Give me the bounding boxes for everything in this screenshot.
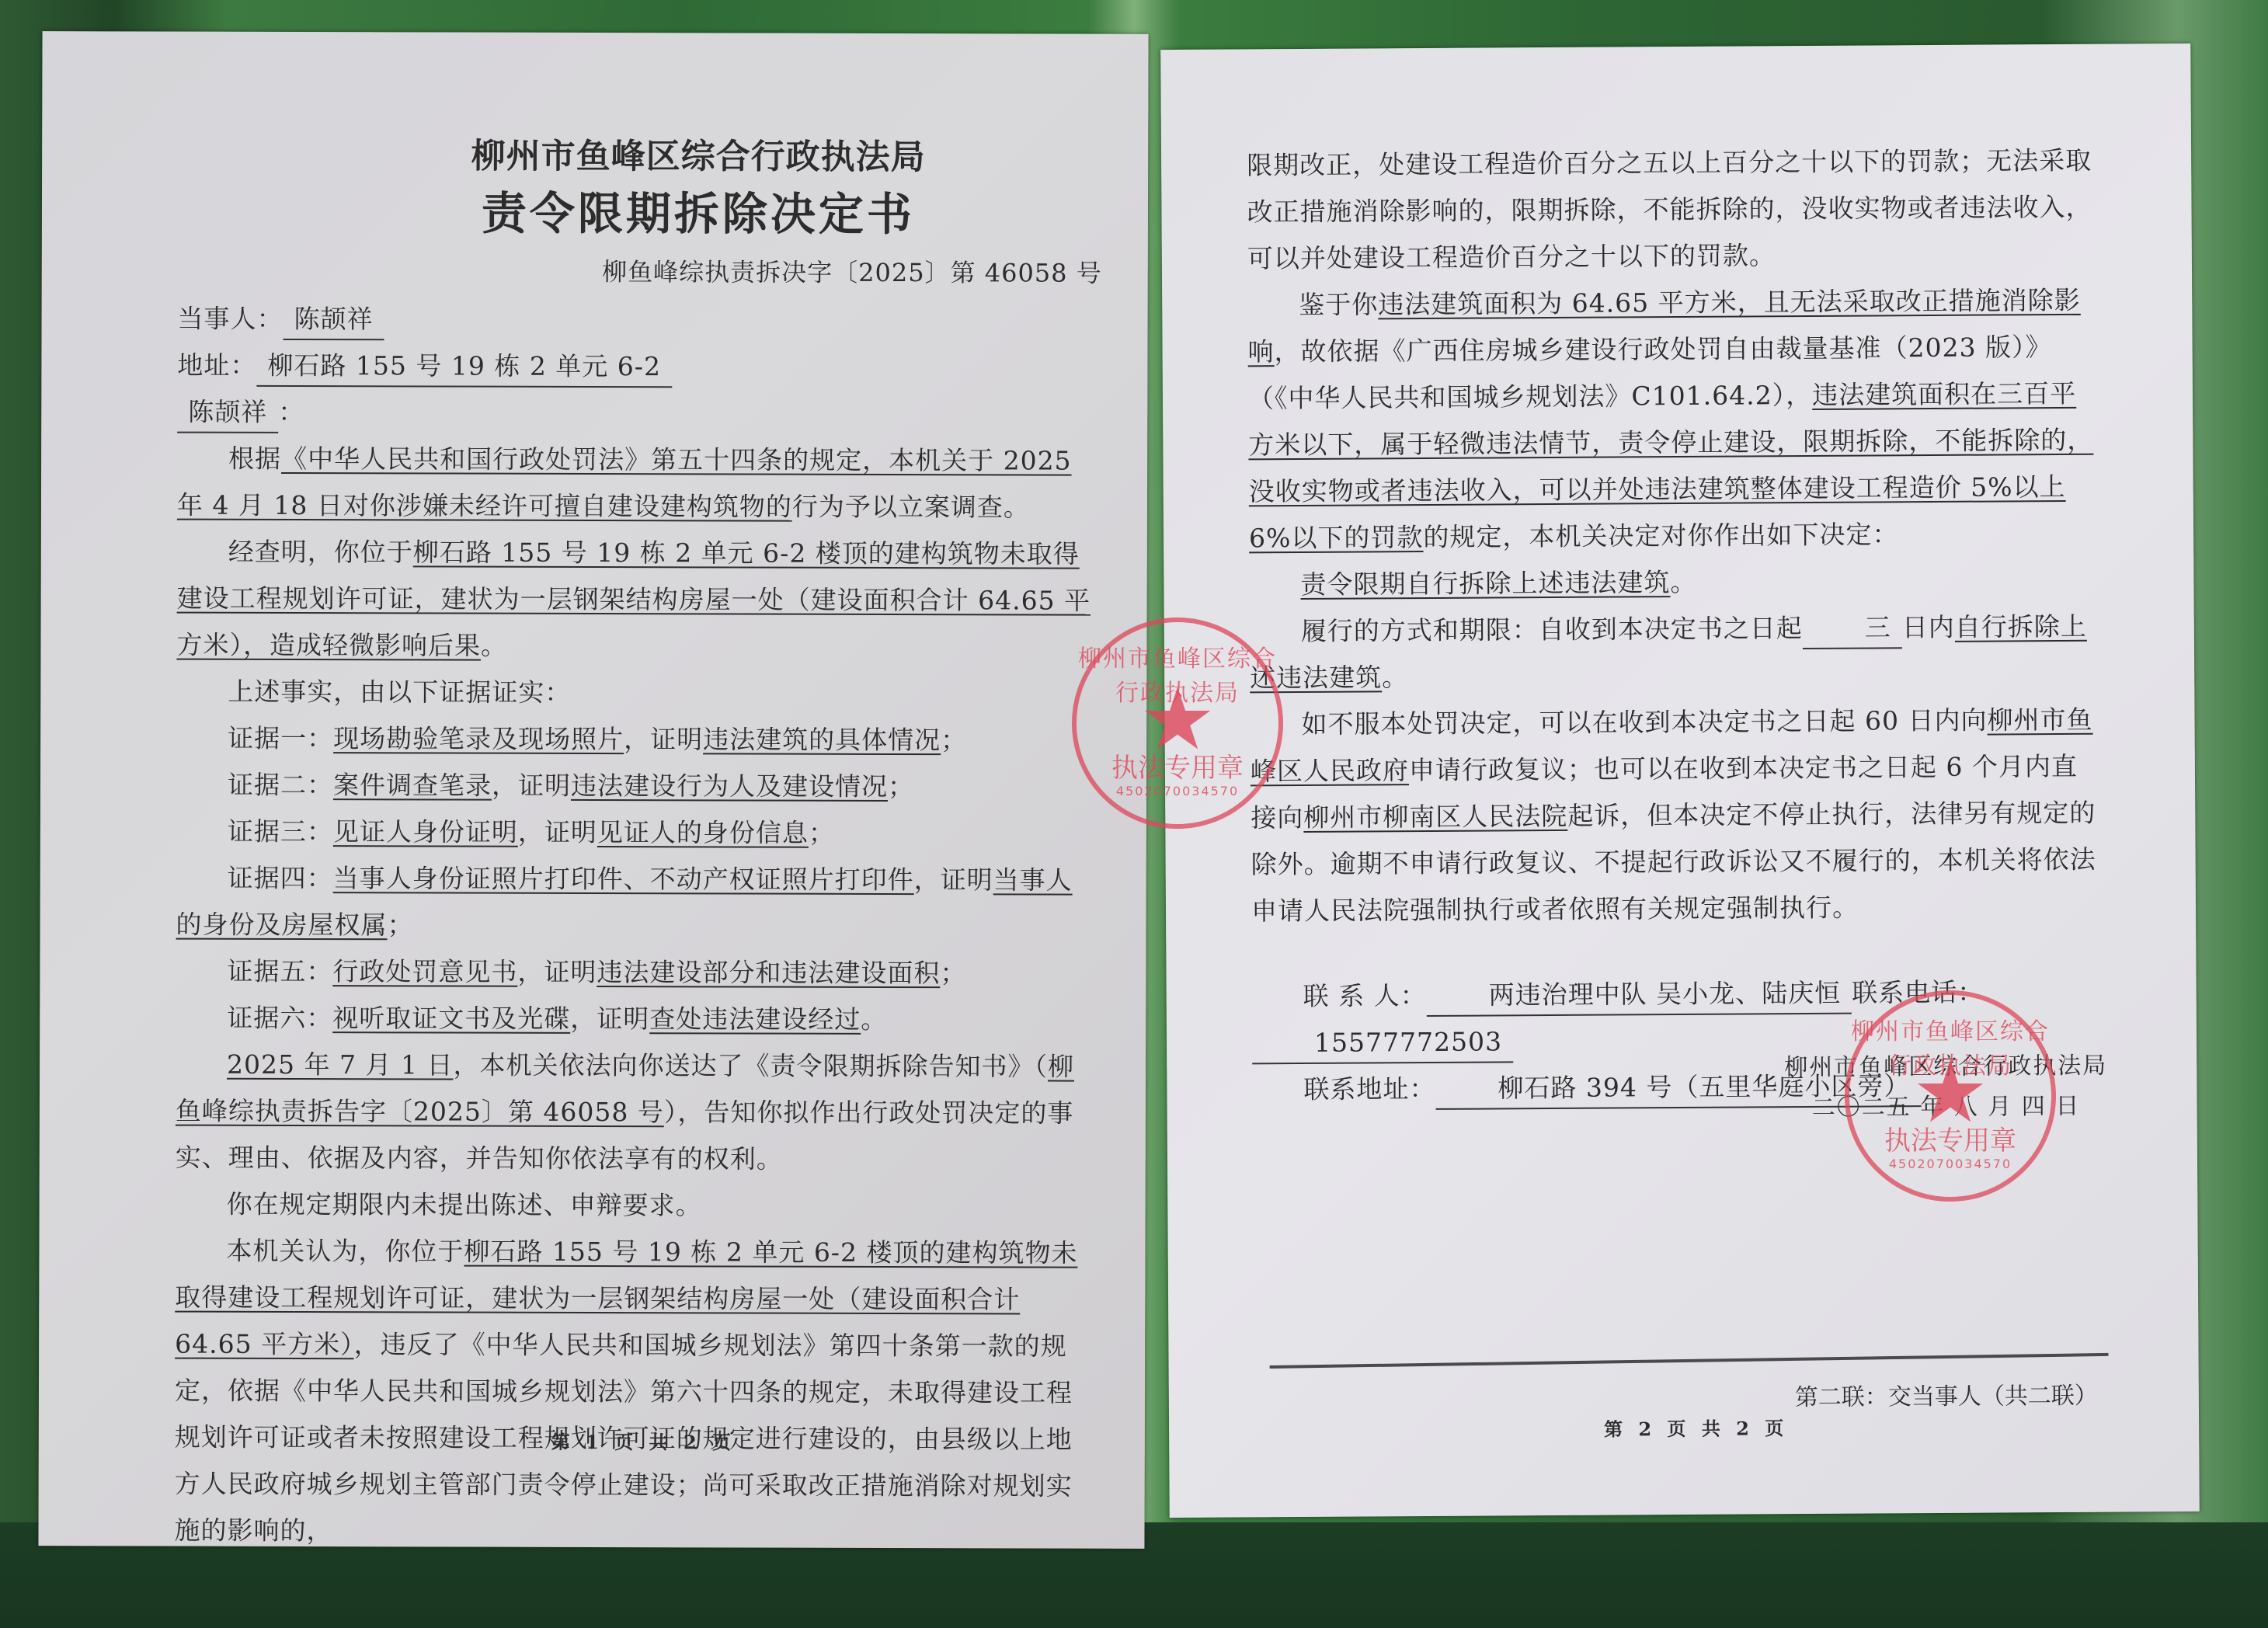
- paragraph-findings: 经查明，你位于柳石路 155 号 19 栋 2 单元 6-2 楼顶的建构筑物未取…: [176, 529, 1093, 671]
- signing-date: 二〇二五 年 八 月 四 日: [1784, 1087, 2107, 1129]
- evidence-intro: 上述事实，由以下证据证实：: [176, 669, 1093, 718]
- page-number-1: 第 1 页 共 2 页: [551, 1427, 736, 1455]
- evidence-item: 证据五：行政处罚意见书，证明违法建设部分和违法建设面积；: [176, 948, 1092, 997]
- evidence-item: 证据六：视听取证文书及光碟，证明查处违法建设经过。: [176, 995, 1092, 1044]
- contact-address-label: 联系地址：: [1303, 1073, 1435, 1104]
- performance-deadline: 履行的方式和期限：自收到本决定书之日起三日内自行拆除上述违法建筑。: [1250, 604, 2097, 702]
- paragraph-discretion-basis: 鉴于你违法建筑面积为 64.65 平方米，且无法采取改正措施消除影响，故依据《广…: [1247, 277, 2096, 562]
- document-number: 柳鱼峰综执责拆决字〔2025〕第 46058 号: [178, 246, 1102, 298]
- document-page-1: 柳州市鱼峰区综合行政执法局 责令限期拆除决定书 柳鱼峰综执责拆决字〔2025〕第…: [38, 31, 1148, 1549]
- page-2-content: 限期改正，处建设工程造价百分之五以上百分之十以下的罚款；无法采取改正措施消除影响…: [1247, 137, 2099, 1114]
- address-label: 地址：: [177, 350, 256, 381]
- appeal-rights: 如不服本处罚决定，可以在收到本决定书之日起 60 日内向柳州市鱼峰区人民政府申请…: [1250, 697, 2098, 935]
- evidence-item: 证据一：现场勘验笔录及现场照片，证明违法建筑的具体情况；: [176, 715, 1093, 764]
- footer-divider: [1270, 1353, 2109, 1369]
- contact-person-label: 联 系 人：: [1303, 980, 1427, 1011]
- party-name: 陈颉祥: [283, 300, 384, 340]
- salutation: 陈颉祥：: [177, 389, 1094, 438]
- page-1-content: 柳州市鱼峰区综合行政执法局 责令限期拆除决定书 柳鱼峰综执责拆决字〔2025〕第…: [174, 133, 1094, 1557]
- party-line: 当事人：陈颉祥: [178, 296, 1094, 345]
- contact-phone: 15577772503: [1252, 1022, 1513, 1064]
- signature-block: 柳州市鱼峰区综合行政执法局 二〇二五 年 八 月 四 日: [1784, 1046, 2108, 1129]
- paragraph-notice-served: 2025 年 7 月 1 日，本机关依法向你送达了《责令限期拆除告知书》（柳鱼峰…: [176, 1042, 1092, 1184]
- paragraph-legal-basis: 本机关认为，你位于柳石路 155 号 19 栋 2 单元 6-2 楼顶的建构筑物…: [174, 1228, 1091, 1557]
- evidence-item: 证据四：当事人身份证照片打印件、不动产权证照片打印件，证明当事人的身份及房屋权属…: [176, 855, 1092, 951]
- party-label: 当事人：: [178, 304, 283, 334]
- address-line: 地址：柳石路 155 号 19 栋 2 单元 6-2: [177, 343, 1094, 391]
- page-number-2: 第 2 页 共 2 页: [1604, 1413, 1788, 1441]
- paragraph-case-filing: 根据《中华人民共和国行政处罚法》第五十四条的规定，本机关于 2025 年 4 月…: [177, 436, 1094, 531]
- paragraph-no-statement: 你在规定期限内未提出陈述、申辩要求。: [176, 1181, 1092, 1230]
- document-title: 责令限期拆除决定书: [302, 179, 1094, 249]
- evidence-list: 证据一：现场勘验笔录及现场照片，证明违法建筑的具体情况；证据二：案件调查笔录，证…: [176, 715, 1093, 1044]
- paragraph-penalty-continuation: 限期改正，处建设工程造价百分之五以上百分之十以下的罚款；无法采取改正措施消除影响…: [1247, 137, 2094, 283]
- evidence-item: 证据二：案件调查笔录，证明违法建设行为人及建设情况；: [176, 762, 1093, 811]
- deadline-days: 三: [1803, 608, 1902, 649]
- copy-note: 第二联：交当事人（共二联）: [1795, 1376, 2098, 1412]
- contact-person: 两违治理中队 吴小龙、陆庆恒: [1427, 974, 1852, 1017]
- decision-statement: 责令限期自行拆除上述违法建筑。: [1249, 557, 2096, 609]
- issuing-agency: 柳州市鱼峰区综合行政执法局: [302, 133, 1094, 182]
- salutation-name: 陈颉祥: [177, 393, 278, 433]
- signing-agency: 柳州市鱼峰区综合行政执法局: [1784, 1046, 2107, 1089]
- contact-phone-label: 联系电话：: [1852, 977, 1984, 1008]
- evidence-item: 证据三：见证人身份证明，证明见证人的身份信息；: [176, 809, 1093, 857]
- document-page-2: 限期改正，处建设工程造价百分之五以上百分之十以下的罚款；无法采取改正措施消除影响…: [1160, 43, 2200, 1518]
- party-address: 柳石路 155 号 19 栋 2 单元 6-2: [256, 346, 672, 388]
